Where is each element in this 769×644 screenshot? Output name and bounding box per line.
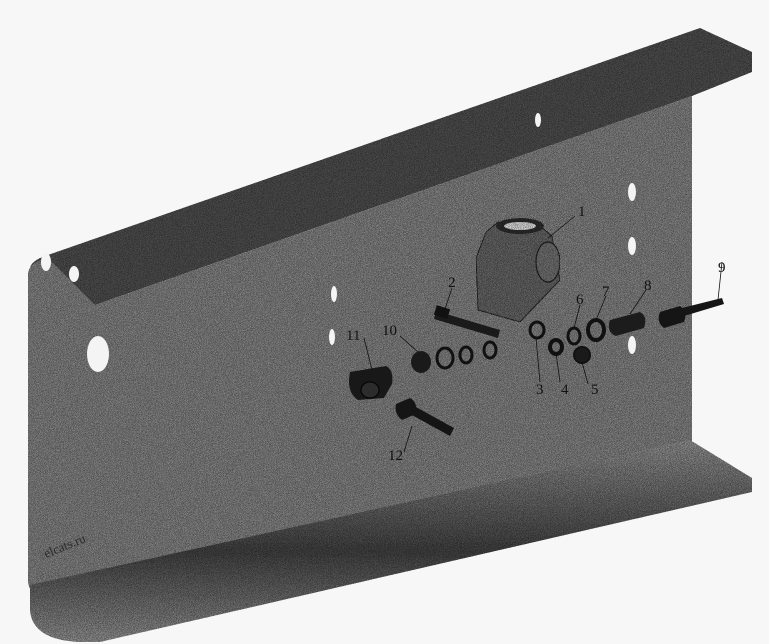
hole (87, 336, 109, 372)
parts-diagram: 1 2 3 4 5 6 7 8 9 10 11 12 elcats.ru (0, 0, 769, 644)
hole (628, 237, 636, 255)
nut-10 (411, 351, 431, 373)
callout-1: 1 (578, 204, 586, 220)
callout-5: 5 (591, 382, 599, 398)
callout-9: 9 (718, 260, 726, 276)
callout-10: 10 (382, 323, 397, 339)
callout-3: 3 (536, 382, 544, 398)
hole (331, 286, 337, 302)
hole (329, 329, 335, 345)
hole (535, 113, 541, 127)
hole (69, 266, 79, 282)
callout-6: 6 (576, 292, 584, 308)
callout-4: 4 (561, 382, 569, 398)
hole (41, 253, 51, 271)
callout-2: 2 (448, 275, 456, 291)
callout-12: 12 (388, 448, 403, 464)
hole (628, 183, 636, 201)
callout-8: 8 (644, 278, 652, 294)
nut-5 (574, 347, 590, 363)
hole (628, 336, 636, 354)
callout-7: 7 (602, 284, 610, 300)
callout-11: 11 (346, 328, 360, 344)
